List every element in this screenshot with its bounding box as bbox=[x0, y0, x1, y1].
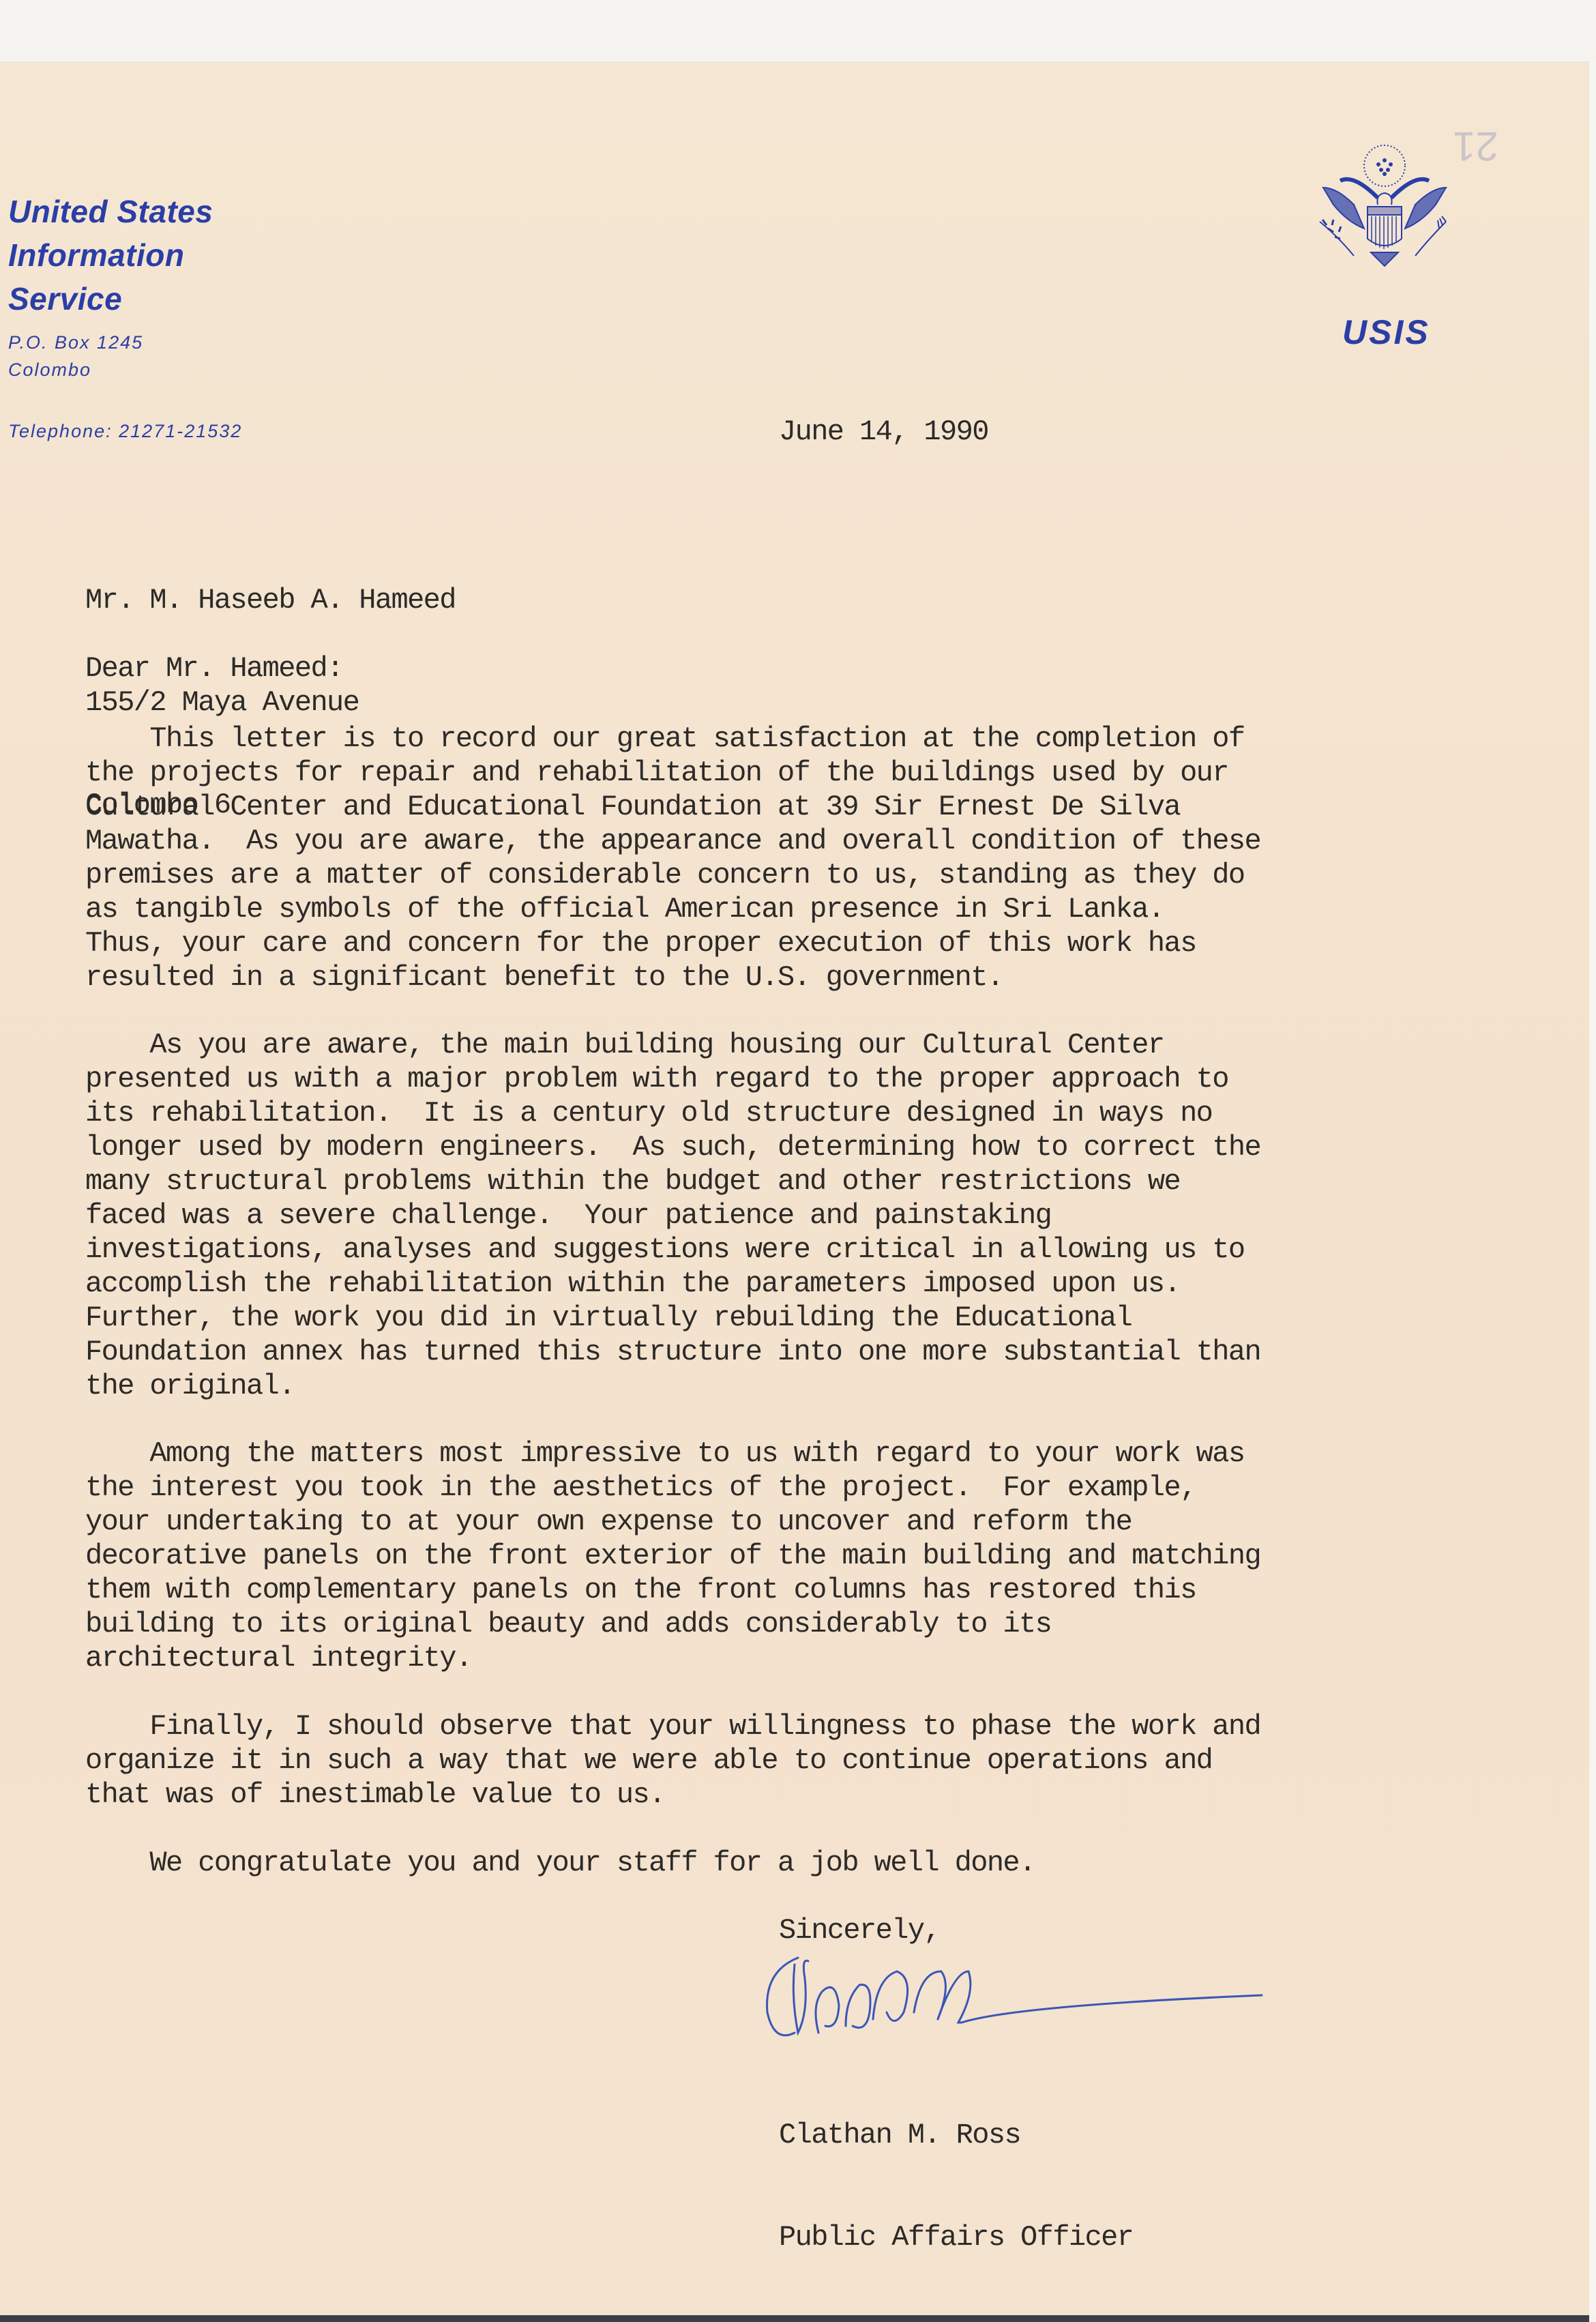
body-paragraph-3: Among the matters most impressive to us … bbox=[85, 1437, 1260, 1675]
signer-block: Clathan M. Ross Public Affairs Officer bbox=[779, 2050, 1133, 2289]
recipient-line-1: Mr. M. Haseeb A. Hameed bbox=[85, 583, 456, 617]
pencil-page-mark: 21 bbox=[1453, 123, 1498, 170]
handwritten-signature-icon bbox=[757, 1930, 1275, 2046]
great-seal-eagle-icon bbox=[1313, 140, 1456, 283]
scan-margin-right bbox=[1589, 61, 1596, 2316]
letterhead-address: P.O. Box 1245 Colombo bbox=[8, 329, 143, 383]
signer-title: Public Affairs Officer bbox=[779, 2220, 1133, 2254]
org-line-2: Information bbox=[8, 233, 213, 277]
usis-logo-text: USIS bbox=[1342, 312, 1430, 352]
recipient-line-2: 155/2 Maya Avenue bbox=[85, 686, 456, 720]
org-line-3: Service bbox=[8, 277, 213, 321]
letterhead-telephone: Telephone: 21271-21532 bbox=[8, 421, 242, 442]
body-paragraph-5: We congratulate you and your staff for a… bbox=[85, 1846, 1035, 1880]
address-line-1: P.O. Box 1245 bbox=[8, 329, 143, 356]
scan-edge-bottom bbox=[0, 2315, 1589, 2322]
body-paragraph-1: This letter is to record our great satis… bbox=[85, 722, 1260, 995]
body-paragraph-2: As you are aware, the main building hous… bbox=[85, 1028, 1260, 1403]
letter-date: June 14, 1990 bbox=[779, 415, 988, 449]
signer-name: Clathan M. Ross bbox=[779, 2118, 1133, 2152]
body-paragraph-4: Finally, I should observe that your will… bbox=[85, 1709, 1260, 1812]
salutation: Dear Mr. Hameed: bbox=[85, 651, 343, 686]
letterhead-organization: United States Information Service bbox=[8, 190, 213, 321]
address-line-2: Colombo bbox=[8, 356, 143, 383]
org-line-1: United States bbox=[8, 190, 213, 233]
